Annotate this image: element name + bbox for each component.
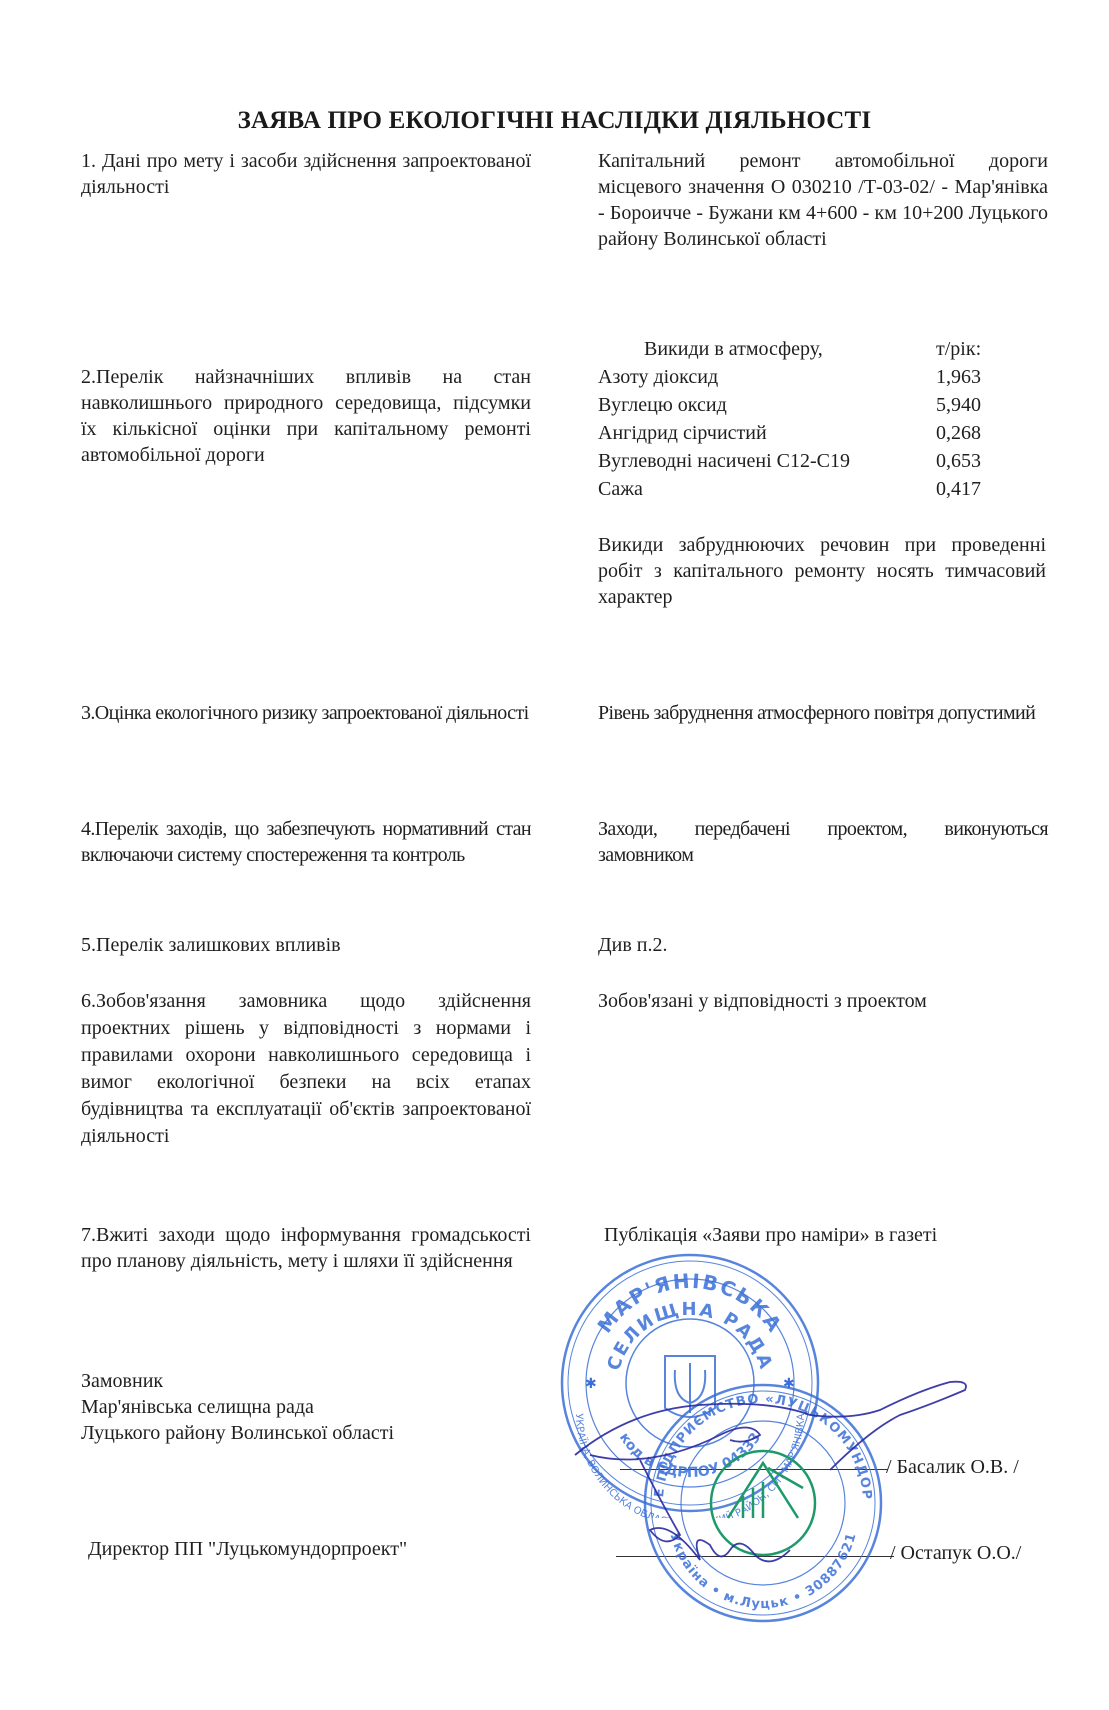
section-1-label: 1. Дані про мету і засоби здійснення зап…	[81, 148, 531, 200]
customer-org: Мар'янівська селищна рада	[81, 1394, 531, 1420]
emission-value: 0,268	[936, 420, 998, 448]
emissions-header-label: Викиди в атмосферу,	[644, 336, 823, 364]
section-4-label: 4.Перелік заходів, що забезпечують норма…	[81, 816, 531, 868]
section-4-value: Заходи, передбачені проектом, виконуютьс…	[598, 816, 1048, 868]
section-7-label: 7.Вжиті заходи щодо інформування громадс…	[81, 1222, 531, 1274]
document-title: ЗАЯВА ПРО ЕКОЛОГІЧНІ НАСЛІДКИ ДІЯЛЬНОСТІ	[0, 108, 1109, 134]
section-5-value: Див п.2.	[598, 932, 1048, 958]
emission-name: Вуглецю оксид	[598, 392, 727, 420]
emission-name: Ангідрид сірчистий	[598, 420, 767, 448]
emission-row: Сажа 0,417	[598, 476, 998, 504]
emission-row: Вуглецю оксид 5,940	[598, 392, 998, 420]
emission-value: 1,963	[936, 364, 998, 392]
director-title: Директор ПП "Луцькомундорпроект"	[88, 1536, 407, 1562]
emission-value: 0,417	[936, 476, 998, 504]
section-3-label: 3.Оцінка екологічного ризику запроектова…	[81, 700, 531, 726]
section-1-value: Капітальний ремонт автомобільної дороги …	[598, 148, 1048, 252]
emission-row: Вуглеводні насичені С12-С19 0,653	[598, 448, 998, 476]
section-6-value: Зобов'язані у відповідності з проектом	[598, 988, 1048, 1014]
section-3-value: Рівень забруднення атмосферного повітря …	[598, 700, 1048, 726]
customer-region: Луцького району Волинської області	[81, 1420, 531, 1446]
emission-value: 0,653	[936, 448, 998, 476]
emissions-table: Викиди в атмосферу, т/рік: Азоту діоксид…	[598, 336, 998, 504]
emission-row: Ангідрид сірчистий 0,268	[598, 420, 998, 448]
section-7-value: Публікація «Заяви про наміри» в газеті	[604, 1222, 1054, 1248]
customer-title: Замовник	[81, 1368, 531, 1394]
emission-name: Вуглеводні насичені С12-С19	[598, 448, 850, 476]
signatures-ink-icon	[570, 1360, 1020, 1620]
emissions-note: Викиди забруднюючих речовин при проведен…	[598, 532, 1046, 610]
section-2-label: 2.Перелік найзначніших впливів на стан н…	[81, 364, 531, 468]
emissions-unit: т/рік:	[936, 336, 998, 364]
emissions-header: Викиди в атмосферу, т/рік:	[598, 336, 998, 364]
section-5-label: 5.Перелік залишкових впливів	[81, 932, 531, 958]
emission-value: 5,940	[936, 392, 998, 420]
emission-name: Сажа	[598, 476, 643, 504]
section-6-label: 6.Зобов'язання замовника щодо здійснення…	[81, 988, 531, 1150]
customer-block: Замовник Мар'янівська селищна рада Луцьк…	[81, 1368, 531, 1446]
emission-row: Азоту діоксид 1,963	[598, 364, 998, 392]
emission-name: Азоту діоксид	[598, 364, 718, 392]
